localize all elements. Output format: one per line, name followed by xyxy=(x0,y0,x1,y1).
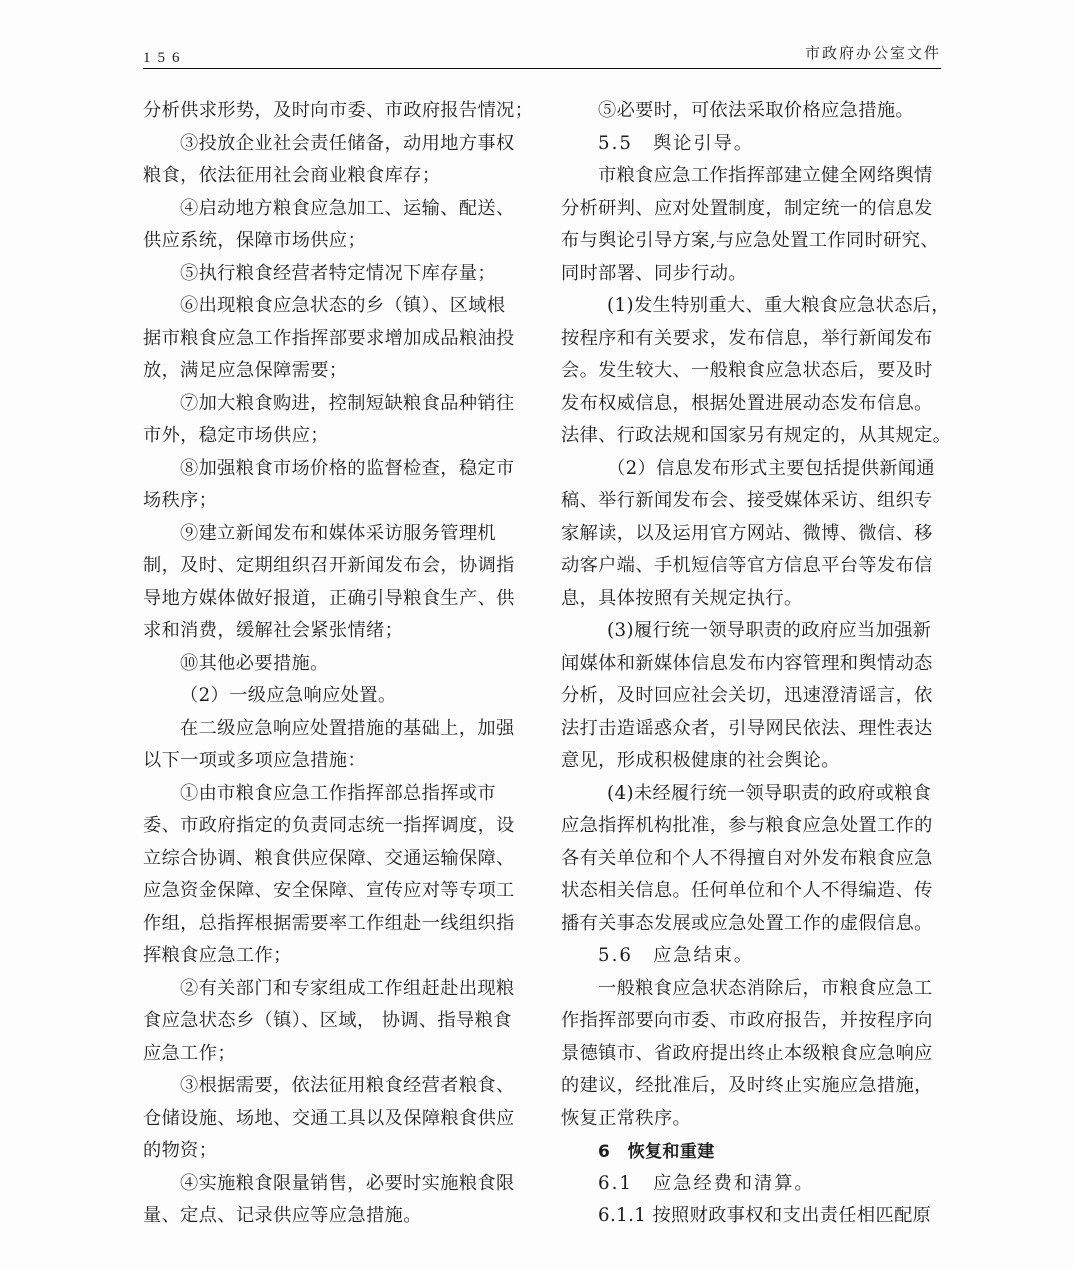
body-line: 应急指挥机构批准，参与粮食应急处置工作的 xyxy=(561,814,933,838)
page-number: 156 xyxy=(143,50,187,67)
body-line: 以下一项或多项应急措施： xyxy=(143,749,366,773)
running-title: 市政府办公室文件 xyxy=(805,42,941,63)
body-line: 食应急状态乡（镇）、区域， 协调、指导粮食 xyxy=(143,1009,512,1033)
body-line: 各有关单位和个人不得擅自对外发布粮食应急 xyxy=(561,847,933,871)
body-line: 据市粮食应急工作指挥部要求增加成品粮油投 xyxy=(143,327,515,351)
list-item: ⑨建立新闻发布和媒体采访服务管理机 xyxy=(180,522,496,546)
list-item: (3)履行统一领导职责的政府应当加强新 xyxy=(607,619,931,643)
list-item: ④启动地方粮食应急加工、运输、配送、 xyxy=(180,197,515,221)
body-line: 场秩序； xyxy=(143,489,217,513)
body-line: 作组，总指挥根据需要率工作组赴一线组织指 xyxy=(143,912,515,936)
section-heading-6: 6 恢复和重建 xyxy=(598,1140,715,1164)
body-line: 法律、行政法规和国家另有规定的，从其规定。 xyxy=(561,424,951,448)
body-line: 量、定点、记录供应等应急措施。 xyxy=(143,1204,422,1228)
body-line: 在二级应急响应处置措施的基础上，加强 xyxy=(180,717,515,741)
section-heading-6-1: 6.1 应急经费和清算。 xyxy=(598,1172,815,1196)
list-item: （2）信息发布形式主要包括提供新闻通 xyxy=(607,457,935,481)
body-line: 的物资； xyxy=(143,1139,217,1163)
list-item: ②有关部门和专家组成工作组赶赴出现粮 xyxy=(180,977,515,1001)
list-item: ①由市粮食应急工作指挥部总指挥或市 xyxy=(180,782,496,806)
body-line: 会。发生较大、一般粮食应急状态后，要及时 xyxy=(561,359,933,383)
body-line: 分析，及时回应社会关切，迅速澄清谣言，依 xyxy=(561,684,933,708)
body-line: 按程序和有关要求，发布信息，举行新闻发布 xyxy=(561,327,933,351)
section-heading-5-6: 5.6 应急结束。 xyxy=(598,944,754,968)
body-line: 分析供求形势，及时向市委、市政府报告情况； xyxy=(143,99,533,123)
body-line: 景德镇市、省政府提出终止本级粮食应急响应 xyxy=(561,1042,933,1066)
body-line: 制，及时、定期组织召开新闻发布会，协调指 xyxy=(143,554,515,578)
body-line: 导地方媒体做好报道，正确引导粮食生产、供 xyxy=(143,587,515,611)
body-line: 发布权威信息，根据处置进展动态发布信息。 xyxy=(561,392,933,416)
body-line: 播有关事态发展或应急处置工作的虚假信息。 xyxy=(561,912,933,936)
body-line: 市粮食应急工作指挥部建立健全网络舆情 xyxy=(598,164,933,188)
body-line: 立综合协调、粮食供应保障、交通运输保障、 xyxy=(143,847,515,871)
body-line: 应急资金保障、安全保障、宣传应对等专项工 xyxy=(143,879,515,903)
header-rule xyxy=(143,68,941,69)
body-line: 同时部署、同步行动。 xyxy=(561,262,747,286)
body-line: 放，满足应急保障需要； xyxy=(143,359,347,383)
body-line: 仓储设施、场地、交通工具以及保障粮食供应 xyxy=(143,1107,515,1131)
list-item: ④实施粮食限量销售，必要时实施粮食限 xyxy=(180,1172,515,1196)
list-item: (4)未经履行统一领导职责的政府或粮食 xyxy=(607,782,931,806)
body-line: 求和消费，缓解社会紧张情绪； xyxy=(143,619,403,643)
list-item: (1)发生特别重大、重大粮食应急状态后， xyxy=(607,294,950,318)
body-line: 状态相关信息。任何单位和个人不得编造、传 xyxy=(561,879,933,903)
body-line: 意见，形成积极健康的社会舆论。 xyxy=(561,749,840,773)
body-line: 的建议，经批准后，及时终止实施应急措施， xyxy=(561,1074,933,1098)
body-line: 恢复正常秩序。 xyxy=(561,1107,691,1131)
body-line: 市外，稳定市场供应； xyxy=(143,424,329,448)
body-line: 应急工作； xyxy=(143,1042,236,1066)
list-item: ⑦加大粮食购进，控制短缺粮食品种销往 xyxy=(180,392,515,416)
body-line: 委、市政府指定的负责同志统一指挥调度，设 xyxy=(143,814,515,838)
document-page: 156 市政府办公室文件 分析供求形势，及时向市委、市政府报告情况； ③投放企业… xyxy=(0,0,1074,1269)
body-line: 闻媒体和新媒体信息发布内容管理和舆情动态 xyxy=(561,652,933,676)
body-line: 供应系统，保障市场供应； xyxy=(143,229,366,253)
body-line: 挥粮食应急工作； xyxy=(143,944,292,968)
list-item: ⑥出现粮食应急状态的乡（镇）、区域根 xyxy=(180,294,505,318)
body-line: 布与舆论引导方案,与应急处置工作同时研究、 xyxy=(561,229,939,253)
body-line: 家解读，以及运用官方网站、微博、微信、移 xyxy=(561,522,933,546)
section-heading-6-1-1: 6.1.1 按照财政事权和支出责任相匹配原 xyxy=(598,1204,931,1228)
body-line: 粮食，依法征用社会商业粮食库存； xyxy=(143,164,440,188)
body-line: 息，具体按照有关规定执行。 xyxy=(561,587,803,611)
body-line: 动客户端、手机短信等官方信息平台等发布信 xyxy=(561,554,933,578)
list-item: ③投放企业社会责任储备，动用地方事权 xyxy=(180,132,515,156)
page-header: 156 市政府办公室文件 xyxy=(143,40,941,70)
body-line: 一般粮食应急状态消除后，市粮食应急工 xyxy=(598,977,933,1001)
list-item: ⑩其他必要措施。 xyxy=(180,652,329,676)
list-item: ③根据需要，依法征用粮食经营者粮食、 xyxy=(180,1074,515,1098)
list-item: ⑧加强粮食市场价格的监督检查，稳定市 xyxy=(180,457,515,481)
body-line: 法打击造谣惑众者，引导网民依法、理性表达 xyxy=(561,717,933,741)
body-line: 分析研判、应对处置制度，制定统一的信息发 xyxy=(561,197,933,221)
subsection-heading: （2）一级应急响应处置。 xyxy=(180,684,396,708)
body-line: 稿、举行新闻发布会、接受媒体采访、组织专 xyxy=(561,489,933,513)
body-line: 作指挥部要向市委、市政府报告，并按程序向 xyxy=(561,1009,933,1033)
list-item: ⑤必要时，可依法采取价格应急措施。 xyxy=(598,99,914,123)
list-item: ⑤执行粮食经营者特定情况下库存量； xyxy=(180,262,496,286)
section-heading-5-5: 5.5 舆论引导。 xyxy=(598,132,754,156)
